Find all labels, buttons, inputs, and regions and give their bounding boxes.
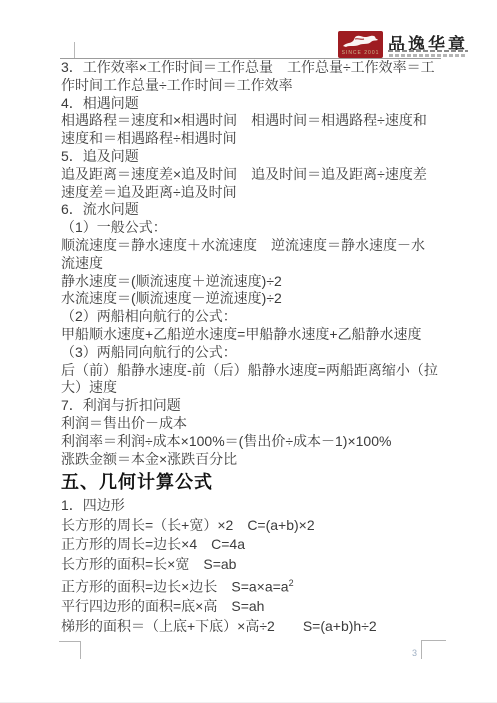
formula-line: 3．工作效率×工作时间＝工作总量 工作总量÷工作效率＝工 — [61, 59, 465, 77]
logo-tagline-line2 — [389, 54, 466, 57]
list-item-heading: 7．利润与折扣问题 — [61, 397, 465, 415]
formula-line: 长方形的周长=（长+宽）×2 C=(a+b)×2 — [61, 516, 465, 536]
margin-mark-bottom-left — [59, 641, 81, 659]
formula-line: 利润率＝利润÷成本×100%＝(售出价÷成本－1)×100% — [61, 433, 465, 451]
brand-logo-badge: SINCE 2001 — [338, 31, 383, 58]
formula-line: 梯形的面积＝（上底+下底）×高÷2 S=(a+b)h÷2 — [61, 617, 465, 637]
formula-line: 静水速度＝(顺流速度＋逆流速度)÷2 — [61, 273, 465, 291]
formula-line: 后（前）船静水速度-前（后）船静水速度=两船距离缩小（拉 — [61, 362, 465, 380]
section-heading: 五、几何计算公式 — [61, 470, 465, 494]
formula-line: 利润＝售出价－成本 — [61, 415, 465, 433]
formula-line: 追及距离＝速度差×追及时间 追及时间＝追及距离÷速度差 — [61, 166, 465, 184]
formula-line: 水流速度＝(顺流速度－逆流速度)÷2 — [61, 290, 465, 308]
document-page: SINCE 2001 品逸华章 3．工作效率×工作时间＝工作总量 工作总量÷工作… — [0, 0, 497, 703]
formula-text: 正方形的面积=边长×边长 S=a×a=a — [61, 579, 289, 595]
list-item-heading: 5．追及问题 — [61, 148, 465, 166]
formula-line: 顺流速度＝静水速度＋水流速度 逆流速度＝静水速度－水 — [61, 237, 465, 255]
formula-line: 正方形的面积=边长×边长 S=a×a=a2 — [61, 574, 465, 597]
superscript-exponent: 2 — [289, 578, 294, 588]
margin-mark-bottom-right — [421, 640, 446, 659]
sub-item-heading: （3）两船同向航行的公式： — [61, 344, 465, 362]
formula-line: 大）速度 — [61, 379, 465, 397]
sub-item-heading: （1）一般公式： — [61, 219, 465, 237]
document-body: 3．工作效率×工作时间＝工作总量 工作总量÷工作效率＝工 作时间工作总量÷工作时… — [61, 59, 465, 636]
formula-line: 涨跌金额＝本金×涨跌百分比 — [61, 451, 465, 469]
formula-line: 流速度 — [61, 255, 465, 273]
logo-tagline-line1 — [388, 50, 468, 52]
list-item-heading: 6．流水问题 — [61, 201, 465, 219]
logo-since-text: SINCE 2001 — [342, 50, 380, 58]
list-item-heading: 4．相遇问题 — [61, 95, 465, 113]
formula-line: 正方形的周长=边长×4 C=4a — [61, 535, 465, 555]
formula-line: 相遇路程＝速度和×相遇时间 相遇时间＝相遇路程÷速度和 — [61, 112, 465, 130]
formula-line: 甲船顺水速度+乙船逆水速度=甲船静水速度+乙船静水速度 — [61, 326, 465, 344]
formula-line: 速度差＝追及距离÷追及时间 — [61, 184, 465, 202]
sub-item-heading: （2）两船相向航行的公式： — [61, 308, 465, 326]
horse-icon — [341, 33, 380, 50]
margin-mark-top-left — [74, 42, 75, 58]
formula-line: 平行四边形的面积=底×高 S=ah — [61, 597, 465, 617]
page-number: 3 — [412, 648, 417, 658]
formula-line: 长方形的面积=长×宽 S=ab — [61, 555, 465, 575]
formula-line: 速度和＝相遇路程÷相遇时间 — [61, 130, 465, 148]
list-item-heading: 1．四边形 — [61, 496, 465, 516]
formula-line: 作时间工作总量÷工作时间＝工作效率 — [61, 77, 465, 95]
